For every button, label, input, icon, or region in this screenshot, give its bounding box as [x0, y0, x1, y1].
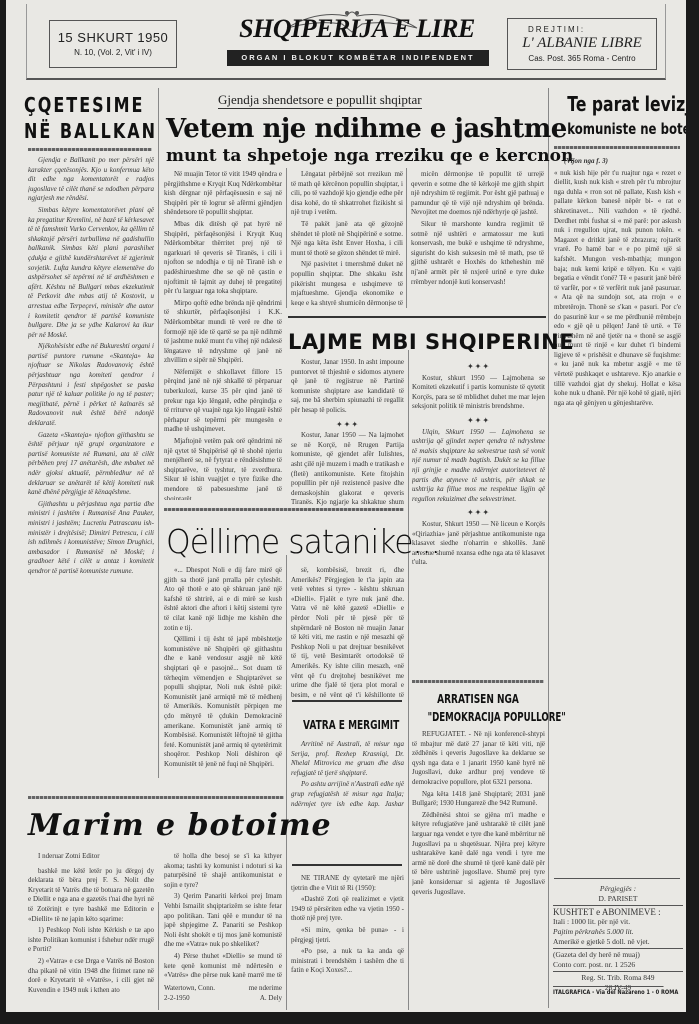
paragraph: Sikur të marshonte kundra regjimit të so…: [411, 220, 544, 287]
continued-note: (Vijon nga f. 3): [554, 157, 681, 167]
separator-stars: ✦✦✦: [291, 420, 404, 430]
paragraph: «Dashtë Zoti që realizimet e vjetit 1949…: [291, 895, 404, 924]
column-rule: [408, 350, 409, 1010]
colophon: Përgjegjës : D. PARISET KUSHTET e ABONIM…: [553, 884, 683, 993]
column-rule: [286, 168, 287, 308]
direction-box: DREJTIMI: L' ALBANIE LIBRE Cas. Post. 36…: [507, 18, 657, 70]
section-divider: [292, 864, 402, 866]
headline-line: ÇQETESIME: [24, 92, 130, 118]
article-vetem-col3: micën dërmonjse të popullit të urrejë qe…: [411, 170, 544, 306]
paragraph: Në muajin Tetor të vitit 1949 qëndra e p…: [164, 170, 282, 218]
paragraph: Simbas këtyre komentatorëvet plani që ka…: [28, 206, 154, 340]
paragraph: Nëfemijët e shkollavet fillore 15 përqin…: [164, 368, 282, 435]
paragraph: Mirpo qoftë edhe brënda një qëndrimi të …: [164, 299, 282, 366]
article-arratisen-body: REFUGJATET. - Në nji konferencë-shtypi t…: [412, 730, 545, 1008]
headline-marim: Marim e botoime: [28, 808, 288, 843]
paragraph: «... Dhespot Noli e dij fare mirë që gji…: [164, 566, 282, 633]
article-teparat-body: (Vijon nga f. 3) « nuk kish hije për t'u…: [554, 157, 681, 875]
paragraph: Nga këta 1418 janë Shqiptarë; 2031 janë …: [412, 790, 545, 809]
column-rule: [406, 168, 407, 308]
letter-signature: Watertown, Conn.me nderime 2-2-1950A. De…: [164, 984, 282, 1006]
paragraph: Arritinë në Australi, të misur nga Serij…: [291, 740, 404, 778]
subheadline-vetem: munt ta shpetoje nga rreziku qe e kercno…: [166, 146, 546, 166]
date-box: 15 SHKURT 1950 N. 10, (Vol. 2, Vit' i IV…: [49, 20, 177, 68]
section-divider: [288, 316, 546, 318]
paragraph: Gazeta «Skanteja» njofton gjithashtu se …: [28, 431, 154, 498]
section-divider: [292, 700, 402, 702]
separator-stars: ✦✦✦: [412, 362, 545, 372]
headline-vatra: VATRA E MERGIMIT: [303, 718, 393, 732]
paragraph: 1) Peshkop Noli ishte Kërkish e tæ apo i…: [28, 926, 154, 955]
paragraph: Po ashtu arrijinë n'Australi edhe një gr…: [291, 780, 404, 810]
section-divider: [412, 680, 544, 683]
paragraph: Gjithashtu u përjashtua nga partia dhe m…: [28, 500, 154, 577]
subscription-america: Amerikë e gjetkë 5 doll. në vjet.: [553, 937, 683, 947]
paragraph: së, kombësisë, brezit ri, dhe Amerikës? …: [291, 566, 404, 698]
paragraph: 4) Përse thuhet «Dielli» se mund të kete…: [164, 952, 282, 982]
paragraph: të holla dhe besoj se s'i ka kthyer akom…: [164, 852, 282, 890]
signature-name: A. Dely: [260, 994, 282, 1004]
article-qellime-col2: së, kombësisë, brezit ri, dhe Amerikës? …: [291, 566, 404, 698]
postal-account: Conto corr. post. nr. 1 2526: [553, 960, 683, 970]
headline-cqetesime: ÇQETESIME NË BALLKAN: [24, 92, 130, 144]
separator-stars: ✦✦✦: [412, 508, 545, 518]
subscription-title: KUSHTET e ABONIMEVE :: [553, 907, 683, 917]
direction-address: Cas. Post. 365 Roma - Centro: [508, 54, 656, 63]
news-item: Kostur, shkurt 1950 — Lajmohena se Komit…: [412, 374, 545, 412]
paragraph: Lëngatat përbëjnë sot rrezikun më të mat…: [291, 170, 403, 218]
headline-lajme: LAJME MBI SHQIPERINE: [288, 330, 548, 354]
signature-place: Watertown, Conn.: [164, 984, 215, 994]
newspaper-page: 15 SHKURT 1950 N. 10, (Vol. 2, Vit' i IV…: [6, 0, 686, 1012]
article-marim-col1: I nderuar Zotni Editor bashkë me këtë le…: [28, 852, 154, 1008]
newspaper-title: SHQIPERIJA E LIRE: [227, 14, 487, 44]
headline-qellime: Qëllime satanike...: [166, 522, 394, 561]
masthead: 15 SHKURT 1950 N. 10, (Vol. 2, Vit' i IV…: [26, 4, 666, 80]
article-vatra-body: Arritinë në Australi, të misur nga Serij…: [291, 740, 404, 810]
paragraph: Njëkohësisht edhe në Bukureshti organi i…: [28, 342, 154, 428]
subscription-support: Pajtim përkrahës 5.000 lit.: [553, 927, 683, 937]
printer-line: ITALGRAFICA - Via del Nazareno 1 - 0 ROM…: [553, 986, 664, 996]
paragraph: 3) Qerim Panariti kërkoi prej Imam Vehbi…: [164, 892, 282, 950]
paragraph: «Po pse, a nuk ta ka anda që ministrati …: [291, 947, 404, 976]
section-divider: [28, 796, 284, 799]
headline-arratisen: ARRATISEN NGA: [426, 692, 531, 706]
article-vetem-col1: Në muajin Tetor të vitit 1949 qëndra e p…: [164, 170, 282, 500]
paragraph: Gjendja e Ballkanit po mer përsëri një k…: [28, 156, 154, 204]
registration: Reg. St. Trib. Roma 849: [553, 973, 683, 983]
news-item: Kostur, Janar 1950 — Na lajmohet se në K…: [291, 431, 404, 508]
direction-name: L' ALBANIE LIBRE: [508, 35, 656, 52]
headline-teparat: Te parat levizje: [567, 92, 668, 116]
kicker-vetem: Gjendja shendetsore e popullit shqiptar: [218, 92, 422, 109]
signature-date: 2-2-1950: [164, 994, 190, 1004]
issue-date: 15 SHKURT 1950: [50, 30, 176, 45]
paragraph: Qëllimi i tij ësht të japë mbështetje ko…: [164, 635, 282, 769]
publication-frequency: (Gazeta del dy herë në muaj): [553, 950, 683, 960]
article-cqetesime-body: Gjendja e Ballkanit po mer përsëri një k…: [28, 156, 154, 776]
column-rule: [548, 88, 549, 1008]
paragraph: bashkë me këtë letër po ju dërgoj dy dek…: [28, 867, 154, 925]
paragraph: Një pasivitet i tmerrshmë duket në popul…: [291, 260, 403, 306]
direction-label: DREJTIMI:: [508, 25, 656, 34]
article-vetem-col2: Lëngatat përbëjnë sot rrezikun më të mat…: [291, 170, 403, 306]
paragraph: «Si mire, qenka bë puna» - i përgjegj tj…: [291, 926, 404, 945]
separator-stars: ✦✦✦: [412, 416, 545, 426]
subscription-italy: Itali : 1000 lit. për një vit.: [553, 917, 683, 927]
newspaper-subtitle: ORGAN I BLOKUT KOMBËTAR INDIPENDENT: [227, 50, 489, 66]
paragraph: 2) «Vatra» e cse Drga e Vatrës në Boston…: [28, 957, 154, 995]
column-rule: [158, 88, 159, 778]
signature-closing: me nderime: [249, 984, 282, 994]
headline-line: NË BALLKAN: [24, 118, 130, 144]
paragraph: Zëdhënësi shtoi se gjëna m'i madhe e kët…: [412, 811, 545, 897]
column-rule: [286, 555, 287, 1010]
headline-vetem: Vetem nje ndihme e jashtme: [166, 114, 546, 144]
paragraph: Mjaftojnë vetëm pak orë qëndrimi në një …: [164, 437, 282, 500]
section-divider: [28, 148, 152, 151]
column-rule: [158, 902, 159, 1010]
paragraph: « nuk kish hije për t'u ruajtur nga « re…: [554, 169, 681, 409]
article-tirane-body: NE TIRANE dy qytetarë me njëri tjetrin d…: [291, 874, 404, 1006]
editor-name: D. PARISET: [553, 894, 683, 904]
issue-number: N. 10, (Vol. 2, Vit' i IV): [50, 48, 176, 57]
paragraph: Të pakët janë ata që gëzojnë shëndet të …: [291, 220, 403, 258]
colophon-divider: [554, 878, 680, 879]
paragraph: REFUGJATET. - Në nji konferencë-shtypi t…: [412, 730, 545, 788]
paragraph: Mbas dik ditësh që pat hyrë në Shqipëri,…: [164, 220, 282, 297]
news-item: Kostur, Janar 1950. In asht impoune punt…: [291, 358, 404, 416]
subheadline-arratisen: "DEMOKRACIJA POPULLORE": [428, 710, 529, 724]
editor-label: Përgjegjës :: [553, 884, 683, 894]
article-marim-col2: të holla dhe besoj se s'i ka kthyer akom…: [164, 852, 282, 982]
article-lajme-col1: Kostur, Janar 1950. In asht impoune punt…: [291, 358, 404, 508]
section-divider: [554, 146, 680, 149]
section-divider: [164, 508, 404, 511]
salutation: I nderuar Zotni Editor: [28, 852, 154, 862]
subheadline-teparat: komuniste ne bote: [567, 120, 668, 138]
news-item: Ulqin, Shkurt 1950 — Lajmohena se ushtri…: [412, 428, 545, 505]
paragraph: NE TIRANE dy qytetarë me njëri tjetrin d…: [291, 874, 404, 893]
paragraph: micën dërmonjse të popullit të urrejë qe…: [411, 170, 544, 218]
